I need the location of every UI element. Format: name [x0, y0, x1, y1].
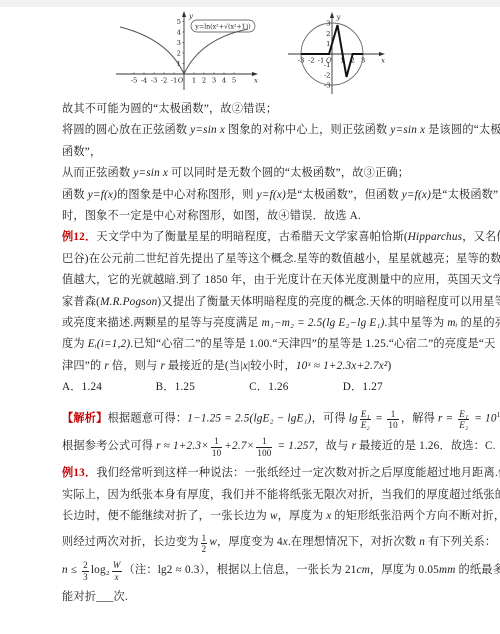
text-segment: 我们经常听到这样一种说法：一张纸经过一定次数对折之后厚度能超过地月距离.但 — [96, 467, 500, 479]
text-segment: r ≈ 1+2.3× — [156, 440, 209, 452]
curve-formula-label: y=ln(x²+√(x²+1)) — [194, 24, 250, 31]
text-line: 能对折___次. — [62, 587, 444, 608]
x-tick: 2 — [351, 57, 355, 65]
text-segment: 天文学中为了衡量星星的明暗程度，古希腊天文学家喜帕恰斯( — [96, 231, 407, 243]
y-tick: 3 — [177, 39, 181, 47]
red-label: 例13． — [62, 467, 96, 479]
x-tick: -2 — [308, 57, 315, 65]
text-line: 度为 Eᵢ(i=1,2).已知“心宿二”的星等是 1.00.“天津四”的星等是 … — [62, 334, 444, 355]
x-tick: 4 — [222, 77, 226, 85]
text-segment: = — [373, 412, 386, 424]
text-segment: ，厚度为 0.05 — [370, 564, 439, 576]
text-line: 从而正弦函数 y=sin x 可以同时是无数个圆的“太极函数”，故③正确； — [62, 163, 444, 184]
y-tick: 1 — [177, 60, 181, 68]
text-segment: 函数 — [62, 189, 88, 201]
text-segment: 根据参考公式可得 — [62, 440, 156, 452]
text-segment: （注：lg2 ≈ 0.3），根据以上信息，一张长为 21 — [124, 564, 357, 576]
text-line: 家普森(M.R.Pogson)又提出了衡量天体明暗程度的亮度的概念.天体的明暗程… — [62, 292, 444, 313]
y-tick: 2 — [177, 50, 181, 58]
text-segment: 函数”， — [62, 146, 101, 158]
text-segment: ，又名依 — [462, 231, 500, 243]
fraction: Wx — [110, 560, 124, 582]
fraction: 23 — [80, 560, 91, 582]
text-line: 例12．天文学中为了衡量星星的明暗程度，古希腊天文学家喜帕恰斯(Hipparch… — [62, 227, 444, 248]
text-line: n ≤ 23log₂Wx（注：lg2 ≈ 0.3），根据以上信息，一张长为 21… — [62, 560, 444, 582]
text-segment: 是该圆的“太极 — [425, 124, 500, 136]
text-segment: 10ˣ ≈ 1+2.3x+2.7x² — [296, 360, 388, 372]
x-tick: 3 — [212, 77, 216, 85]
x-tick: 2 — [202, 77, 206, 85]
x-axis-label: x — [381, 57, 385, 65]
x-tick: -1 — [171, 77, 178, 85]
text-segment: 的图象是中心对称图形，则 — [117, 189, 257, 201]
text-segment: 从而正弦函数 — [62, 167, 133, 179]
red-label: 【解析】 — [62, 412, 108, 424]
red-label: 例12． — [62, 231, 96, 243]
text-segment: 度为 — [62, 338, 88, 350]
text-segment: y=f(x) — [402, 189, 431, 201]
text-segment: 家普森( — [62, 296, 100, 308]
text-segment: 或亮度来描述.两颗星的星等与亮度满足 — [62, 317, 262, 329]
text-line: 值越大，它的光就越暗.到了 1850 年，由于光度计在天体光度测量中的应用，英国… — [62, 270, 444, 291]
fraction: 12 — [199, 533, 210, 555]
text-segment: Hipparchus — [408, 231, 462, 243]
fraction: E₁E₂ — [456, 409, 471, 431]
text-segment: 则经过两次对折，长边变为 — [62, 536, 199, 548]
text-line: 函数 y=f(x)的图象是中心对称图形，则 y=f(x)是“太极函数”，但函数 … — [62, 185, 444, 206]
text-segment: 有下列关系： — [425, 536, 496, 548]
text-segment: w — [270, 510, 278, 522]
text-segment: |较小时， — [248, 360, 296, 372]
x-tick: -3 — [298, 57, 305, 65]
text-segment: 将圆的圆心放在正弦函数 — [62, 124, 190, 136]
text-segment: 根据题意可得： — [108, 412, 188, 424]
text-segment: = 1.257 — [274, 440, 314, 452]
text-line: 【解析】根据题意可得：1−1.25 = 2.5(lgE₂ − lgE₁)，可得 … — [62, 404, 444, 431]
fraction: 110 — [385, 409, 400, 431]
text-line: 或亮度来描述.两颗星的星等与亮度满足 m₁−m₂ = 2.5(lg E₂−lg … — [62, 313, 444, 334]
text-segment: lg — [349, 412, 358, 424]
option-item: A．1.24 — [62, 377, 156, 398]
text-line: 根据参考公式可得 r ≈ 1+2.3×110+2.7×1100 = 1.257，… — [62, 436, 444, 458]
x-tick: 3 — [361, 57, 365, 65]
text-segment: n ≤ — [62, 564, 80, 576]
x-axis-label: x — [254, 77, 258, 85]
origin-label: O — [178, 77, 184, 85]
y-tick: 2 — [326, 30, 330, 38]
text-segment: M.R.Pogson — [100, 296, 157, 308]
x-tick: -2 — [161, 77, 168, 85]
text-line: 津四”的 r 倍，则与 r 最接近的是(当|x|较小时，10ˣ ≈ 1+2.3x… — [62, 356, 444, 377]
text-segment: y=f(x) — [88, 189, 117, 201]
text-segment: ，故与 — [314, 440, 351, 452]
text-segment: 津四”的 — [62, 360, 104, 372]
document-body: 故其不可能为圆的“太极函数”，故②错误；将圆的圆心放在正弦函数 y=sin x … — [0, 95, 500, 608]
y-axis-label: y — [188, 12, 193, 20]
text-segment: mᵢ — [447, 317, 457, 329]
text-segment: 故其不可能为圆的“太极函数”，故②错误； — [62, 103, 277, 115]
option-item: D．1.27 — [343, 377, 437, 398]
paragraph-example-12: 例12．天文学中为了衡量星星的明暗程度，古希腊天文学家喜帕恰斯(Hipparch… — [62, 227, 444, 398]
y-tick: 5 — [177, 18, 181, 26]
text-line: A．1.24B．1.25C．1.26D．1.27 — [62, 377, 444, 398]
text-segment: log₂ — [91, 564, 110, 576]
text-segment: m₁−m₂ = 2.5(lg E₂−lg E₁) — [262, 317, 385, 329]
text-segment: +2.7× — [224, 440, 254, 452]
option-item: B．1.25 — [156, 377, 250, 398]
text-segment: ) — [388, 360, 392, 372]
text-segment: 是“太极函数” — [431, 189, 498, 201]
text-segment: cm — [357, 564, 370, 576]
y-tick: -3 — [324, 82, 331, 90]
y-axis-label: y — [336, 13, 341, 21]
fraction: E₁E₂ — [358, 409, 373, 431]
text-segment: Eᵢ(i=1,2) — [88, 338, 131, 350]
text-segment: mm — [439, 564, 456, 576]
figure-log-curve: y=ln(x²+√(x²+1)) -5 -4 -3 -2 -1 1 2 3 4 … — [110, 10, 260, 96]
x-tick: -4 — [141, 77, 148, 85]
x-tick: 1 — [340, 57, 344, 65]
text-segment: 实际上，因为纸张本身有厚度，我们并不能将纸张无限次对折，当我们的厚度超过纸张的 — [62, 489, 500, 501]
text-segment: 的纸最多 — [456, 564, 500, 576]
text-line: 实际上，因为纸张本身有厚度，我们并不能将纸张无限次对折，当我们的厚度超过纸张的 — [62, 485, 444, 506]
paragraph-analysis-12: 【解析】根据题意可得：1−1.25 = 2.5(lgE₂ − lgE₁)，可得 … — [62, 404, 444, 458]
text-segment: 1−1.25 = 2.5(lgE₂ − lgE₁) — [187, 412, 311, 424]
y-tick: 3 — [326, 20, 330, 28]
text-segment: y=sin x — [190, 124, 225, 136]
text-segment: ，厚度变为 4 — [217, 536, 283, 548]
text-segment: r = — [438, 412, 456, 424]
text-line: 例13．我们经常听到这样一种说法：一张纸经过一定次数对折之后厚度能超过地月距离.… — [62, 463, 444, 484]
fraction: 110 — [209, 436, 224, 458]
text-segment: .在理想情况下，对折次数 — [288, 536, 419, 548]
text-segment: 的星的亮 — [458, 317, 500, 329]
superscript: 1/10 — [497, 410, 500, 419]
text-segment: ，解得 — [401, 412, 438, 424]
text-line: 函数”， — [62, 142, 444, 163]
text-segment: 的矩形纸张沿两个方向不断对折， — [331, 510, 500, 522]
paragraph-taiji-conclusion: 故其不可能为圆的“太极函数”，故②错误；将圆的圆心放在正弦函数 y=sin x … — [62, 99, 444, 227]
text-segment: .其中星等为 — [384, 317, 447, 329]
y-tick: 1 — [326, 40, 330, 48]
text-segment: ，可得 — [312, 412, 349, 424]
text-segment: 能对折___次. — [62, 591, 128, 603]
text-segment: w — [209, 536, 217, 548]
figure-circle-graph: -3 -2 -1 O 1 2 3 x y 3 2 1 -1 -2 -3 — [278, 10, 390, 98]
text-segment: 图象的对称中心上，则正弦函数 — [225, 124, 390, 136]
text-segment: y=sin x — [133, 167, 168, 179]
x-tick: 5 — [232, 77, 236, 85]
text-segment: )又提出了衡量天体明暗程度的亮度的概念.天体的明暗程度可以用星等 — [157, 296, 500, 308]
x-tick: -3 — [151, 77, 158, 85]
text-segment: 最接近的是 1.26．故选：C. — [356, 440, 496, 452]
text-line: 巴谷)在公元前二世纪首先提出了星等这个概念.星等的数值越小，星星就越亮；星等的数 — [62, 249, 444, 270]
text-segment: y=f(x) — [257, 189, 286, 201]
text-line: 将圆的圆心放在正弦函数 y=sin x 图象的对称中心上，则正弦函数 y=sin… — [62, 120, 444, 141]
figures-row: y=ln(x²+√(x²+1)) -5 -4 -3 -2 -1 1 2 3 4 … — [0, 7, 500, 95]
text-segment: .已知“心宿二”的星等是 1.00.“天津四”的星等是 1.25.“心宿二”的亮… — [130, 338, 495, 350]
page-top-edge — [0, 0, 500, 7]
paragraph-example-13: 例13．我们经常听到这样一种说法：一张纸经过一定次数对折之后厚度能超过地月距离.… — [62, 463, 444, 608]
x-tick: 1 — [192, 77, 196, 85]
y-tick: -1 — [324, 61, 331, 69]
text-segment: 倍，则与 — [109, 360, 161, 372]
text-segment: 是“太极函数”，但函数 — [286, 189, 402, 201]
fraction: 1100 — [254, 436, 274, 458]
text-segment: = 10 — [471, 412, 496, 424]
x-tick: -5 — [131, 77, 138, 85]
text-segment: 值越大，它的光就越暗.到了 1850 年，由于光度计在天体光度测量中的应用，英国… — [62, 274, 500, 286]
text-segment: 最接近的是(当| — [165, 360, 243, 372]
option-item: C．1.26 — [249, 377, 343, 398]
text-segment: 时，图象不一定是中心对称图形，如图，故④错误．故选 A. — [62, 210, 361, 222]
text-segment: 长边时，便不能继续对折了，一张长边为 — [62, 510, 270, 522]
y-tick: -2 — [324, 71, 331, 79]
text-line: 则经过两次对折，长边变为12w，厚度变为 4x.在理想情况下，对折次数 n 有下… — [62, 532, 444, 554]
text-line: 长边时，便不能继续对折了，一张长边为 w，厚度为 x 的矩形纸张沿两个方向不断对… — [62, 506, 444, 527]
text-segment: y=sin x — [390, 124, 425, 136]
y-tick: 4 — [177, 29, 181, 37]
text-segment: ，厚度为 — [278, 510, 327, 522]
text-segment: 可以同时是无数个圆的“太极函数”，故③正确； — [168, 167, 409, 179]
text-line: 时，图象不一定是中心对称图形，如图，故④错误．故选 A. — [62, 206, 444, 227]
text-line: 故其不可能为圆的“太极函数”，故②错误； — [62, 99, 444, 120]
text-segment: 巴谷)在公元前二世纪首先提出了星等这个概念.星等的数值越小，星星就越亮；星等的数 — [62, 253, 500, 265]
